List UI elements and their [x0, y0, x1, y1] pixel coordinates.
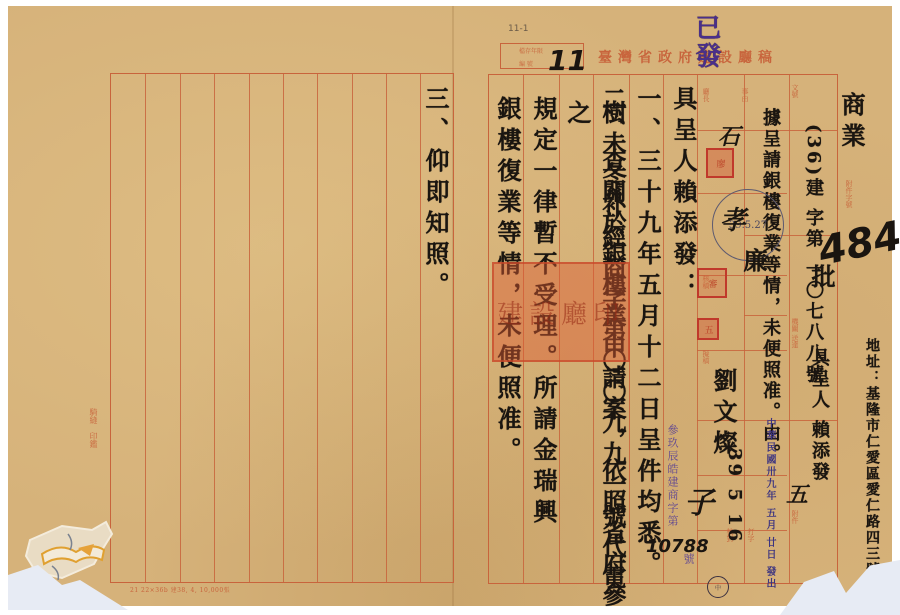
- label-recipient: 機關 送達: [790, 318, 799, 348]
- body-line-3: 三、仰即知照。: [418, 86, 453, 303]
- proofreader-signature: 子: [684, 478, 714, 522]
- label-subject: 事由: [740, 88, 749, 102]
- dispatch-mark: 已發: [688, 14, 725, 70]
- ruling-line: [352, 74, 353, 582]
- left-margin-label-top: 騎縫: [88, 408, 99, 424]
- printer-footer: 21 22×36b 建38, 4, 10,000張: [130, 585, 230, 594]
- small-round-stamp: 中: [707, 576, 729, 598]
- ruling-line: [283, 74, 284, 582]
- pencil-sheet-number: 11-1: [508, 24, 528, 34]
- label-drafter: 擬稿: [701, 350, 710, 364]
- official-seal: 建設廳印: [492, 262, 630, 362]
- director-signature: 石: [718, 120, 740, 151]
- ruling-line: [180, 74, 181, 582]
- reference-stamp: 參玖辰皓建商字第: [664, 424, 680, 528]
- seal-section: 五: [697, 318, 719, 340]
- archive-number-label: 編 號: [519, 59, 533, 68]
- label-category: 附件字號: [844, 180, 853, 208]
- label-document-number: 文號: [790, 84, 799, 98]
- subject: 據呈請銀樓復業等情，未便照准。由。: [757, 108, 783, 465]
- reference-number: 10788: [646, 536, 709, 557]
- recipient: 具呈人 賴添發: [806, 348, 832, 483]
- issue-date-stamp: 中華民國卅九年 五月 廿日 發出: [762, 418, 777, 590]
- address: 地址：基隆市仁愛區愛仁路四三號: [862, 338, 882, 578]
- category: 商業: [834, 92, 869, 154]
- reference-suffix: 號: [680, 553, 696, 566]
- archive-label: 檔存年限: [519, 46, 543, 55]
- approval-mark: 批: [804, 264, 839, 295]
- reviewer-signature: 廉: [736, 248, 771, 279]
- left-margin-label-bottom: 印鑑: [88, 432, 99, 448]
- ruling-line: [214, 74, 215, 582]
- label-printing: 打字: [746, 528, 755, 542]
- ruling-line: [386, 74, 387, 582]
- body-line-1: 一、三十九年五月十二日呈件均悉。: [630, 86, 665, 582]
- drafter-date: 39 5 16: [724, 448, 745, 544]
- seal-reviewer: 審: [697, 268, 727, 298]
- ruling-line: [145, 74, 146, 582]
- ruling-line: [249, 74, 250, 582]
- dispatcher-signature: 五: [786, 478, 808, 509]
- body-salutation: 具呈人賴添發：: [666, 86, 701, 303]
- seal-director: 廖: [706, 148, 734, 178]
- label-attachment: 附件: [790, 510, 799, 524]
- left-ruled-sheet: [110, 73, 454, 583]
- label-dept-head: 廳長: [701, 88, 710, 102]
- ruling-line: [317, 74, 318, 582]
- approver-signature: 孝: [720, 200, 746, 237]
- ink-sheet-number: 11: [548, 44, 587, 77]
